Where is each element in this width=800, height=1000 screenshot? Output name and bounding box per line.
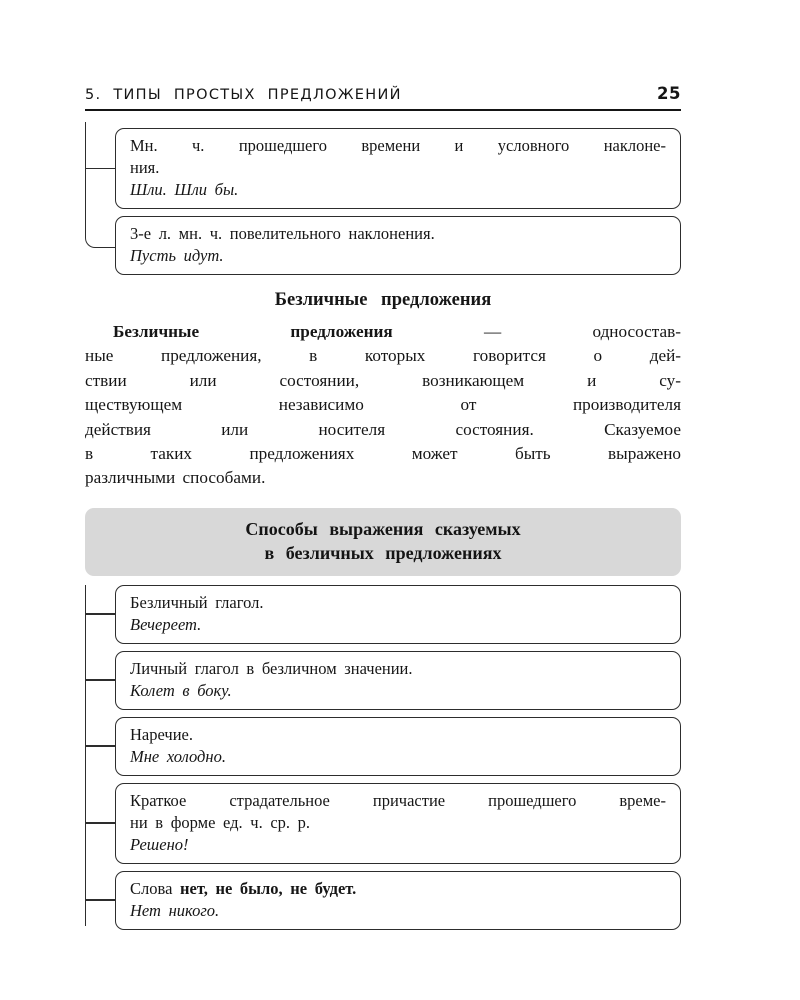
intro-paragraph: Безличные предложения — односостав- ные … <box>85 320 681 491</box>
running-head-title: 5. ТИПЫ ПРОСТЫХ ПРЕДЛОЖЕНИЙ <box>85 87 402 103</box>
box-description-line: Краткое страдательное причастие прошедше… <box>130 790 666 812</box>
scheme-title-line: Способы выражения сказуемых <box>93 517 673 541</box>
box-description-line: Личный глагол в безличном значении. <box>130 658 666 680</box>
box-example: Пусть идут. <box>130 245 666 267</box>
section-heading: Безличные предложения <box>85 290 681 311</box>
box-example: Вечереет. <box>130 614 666 636</box>
paragraph-text: — односостав- <box>484 322 681 341</box>
paragraph-line: ные предложения, в которых говорится о д… <box>85 344 681 368</box>
box-example: Решено! <box>130 834 666 856</box>
box-description-line: 3-е л. мн. ч. повелительного наклонения. <box>130 223 666 245</box>
predicate-ways-diagram: Безличный глагол. Вечереет. Личный глаго… <box>115 585 681 930</box>
box-description-line: Безличный глагол. <box>130 592 666 614</box>
box-example: Колет в боку. <box>130 680 666 702</box>
paragraph-line: Безличные предложения — односостав- <box>85 320 681 344</box>
book-page: 5. ТИПЫ ПРОСТЫХ ПРЕДЛОЖЕНИЙ 25 Мн. ч. пр… <box>0 0 800 1000</box>
running-head: 5. ТИПЫ ПРОСТЫХ ПРЕДЛОЖЕНИЙ 25 <box>85 84 681 103</box>
box-description-line: Мн. ч. прошедшего времени и условного на… <box>130 135 666 157</box>
diagram-box-personal-verb: Личный глагол в безличном значении. Коле… <box>115 651 681 710</box>
diagram-box-impersonal-verb: Безличный глагол. Вечереет. <box>115 585 681 644</box>
term-bold: Безличные предложения <box>113 322 393 341</box>
box-description-line: ни в форме ед. ч. ср. р. <box>130 812 666 834</box>
paragraph-line: в таких предложениях может быть выражено <box>85 442 681 466</box>
running-head-rule <box>85 109 681 111</box>
box-example: Шли. Шли бы. <box>130 179 666 201</box>
diagram-box-negative-words: Слова нет, не было, не будет. Нет никого… <box>115 871 681 930</box>
diagram-box-adverb: Наречие. Мне холодно. <box>115 717 681 776</box>
scheme-title-line: в безличных предложениях <box>93 541 673 565</box>
paragraph-line: различными способами. <box>85 466 681 490</box>
box-description-bold: нет, не было, не будет. <box>180 879 356 898</box>
box-example: Нет никого. <box>130 900 666 922</box>
page-number: 25 <box>657 84 681 103</box>
paragraph-line: действия или носителя состояния. Сказуем… <box>85 418 681 442</box>
diagram-box-participle: Краткое страдательное причастие прошедше… <box>115 783 681 864</box>
scheme-title: Способы выражения сказуемых в безличных … <box>85 508 681 576</box>
diagram-box-plural-past: Мн. ч. прошедшего времени и условного на… <box>115 128 681 209</box>
box-description-line: Слова нет, не было, не будет. <box>130 878 666 900</box>
box-description-line: Наречие. <box>130 724 666 746</box>
paragraph-line: ществующем независимо от производителя <box>85 393 681 417</box>
diagram-box-imperative: 3-е л. мн. ч. повелительного наклонения.… <box>115 216 681 275</box>
verb-mood-diagram: Мн. ч. прошедшего времени и условного на… <box>115 128 681 275</box>
bracket-rail <box>85 122 115 248</box>
bracket-rail <box>85 585 115 926</box>
box-example: Мне холодно. <box>130 746 666 768</box>
paragraph-line: ствии или состоянии, возникающем и су- <box>85 369 681 393</box>
box-description-line: ния. <box>130 157 666 179</box>
box-description-prefix: Слова <box>130 879 172 898</box>
